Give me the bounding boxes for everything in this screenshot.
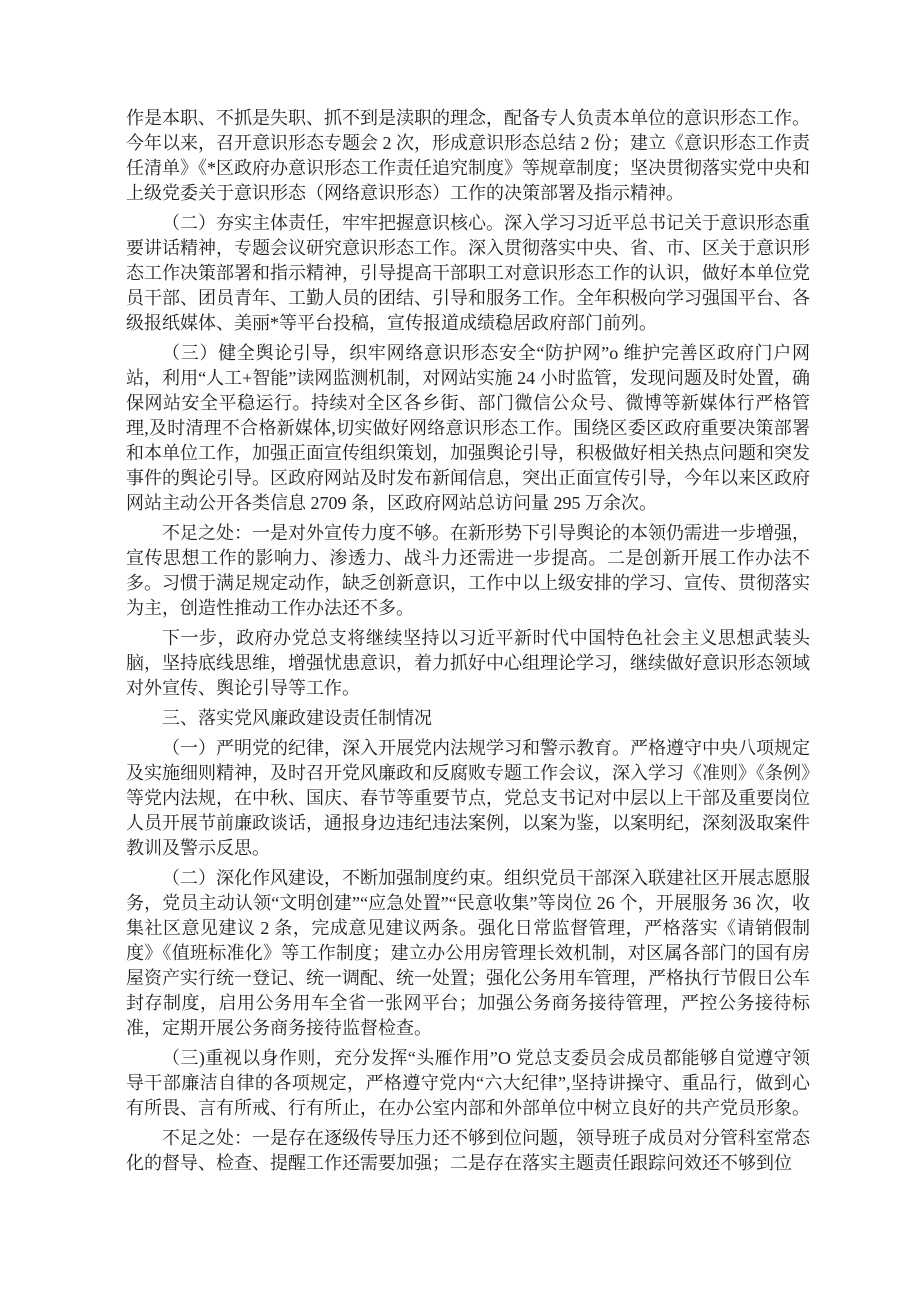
document-body: 作是本职、不抓是失职、抓不到是渎职的理念，配备专人负责本单位的意识形态工作。今年… <box>126 106 810 1176</box>
paragraph: （二）深化作风建设，不断加强制度约束。组织党员干部深入联建社区开展志愿服务，党员… <box>126 866 810 1041</box>
paragraph: 不足之处：一是存在逐级传导压力还不够到位问题，领导班子成员对分管科室常态化的督导… <box>126 1126 810 1176</box>
paragraph: 作是本职、不抓是失职、抓不到是渎职的理念，配备专人负责本单位的意识形态工作。今年… <box>126 106 810 206</box>
paragraph: 下一步，政府办党总支将继续坚持以习近平新时代中国特色社会主义思想武装头脑，坚持底… <box>126 626 810 701</box>
section-heading: 三、落实党风廉政建设责任制情况 <box>126 706 810 731</box>
paragraph: （三）健全舆论引导，织牢网络意识形态安全“防护网”o 维护完善区政府门户网站，利… <box>126 341 810 516</box>
paragraph: （一）严明党的纪律，深入开展党内法规学习和警示教育。严格遵守中央八项规定及实施细… <box>126 736 810 861</box>
paragraph: 不足之处：一是对外宣传力度不够。在新形势下引导舆论的本领仍需进一步增强，宣传思想… <box>126 521 810 621</box>
document-page: 作是本职、不抓是失职、抓不到是渎职的理念，配备专人负责本单位的意识形态工作。今年… <box>0 0 920 1301</box>
paragraph: （三)重视以身作则，充分发挥“头雁作用”O 党总支委员会成员都能够自觉遵守领导干… <box>126 1046 810 1121</box>
paragraph: （二）夯实主体责任，牢牢把握意识核心。深入学习习近平总书记关于意识形态重要讲话精… <box>126 211 810 336</box>
